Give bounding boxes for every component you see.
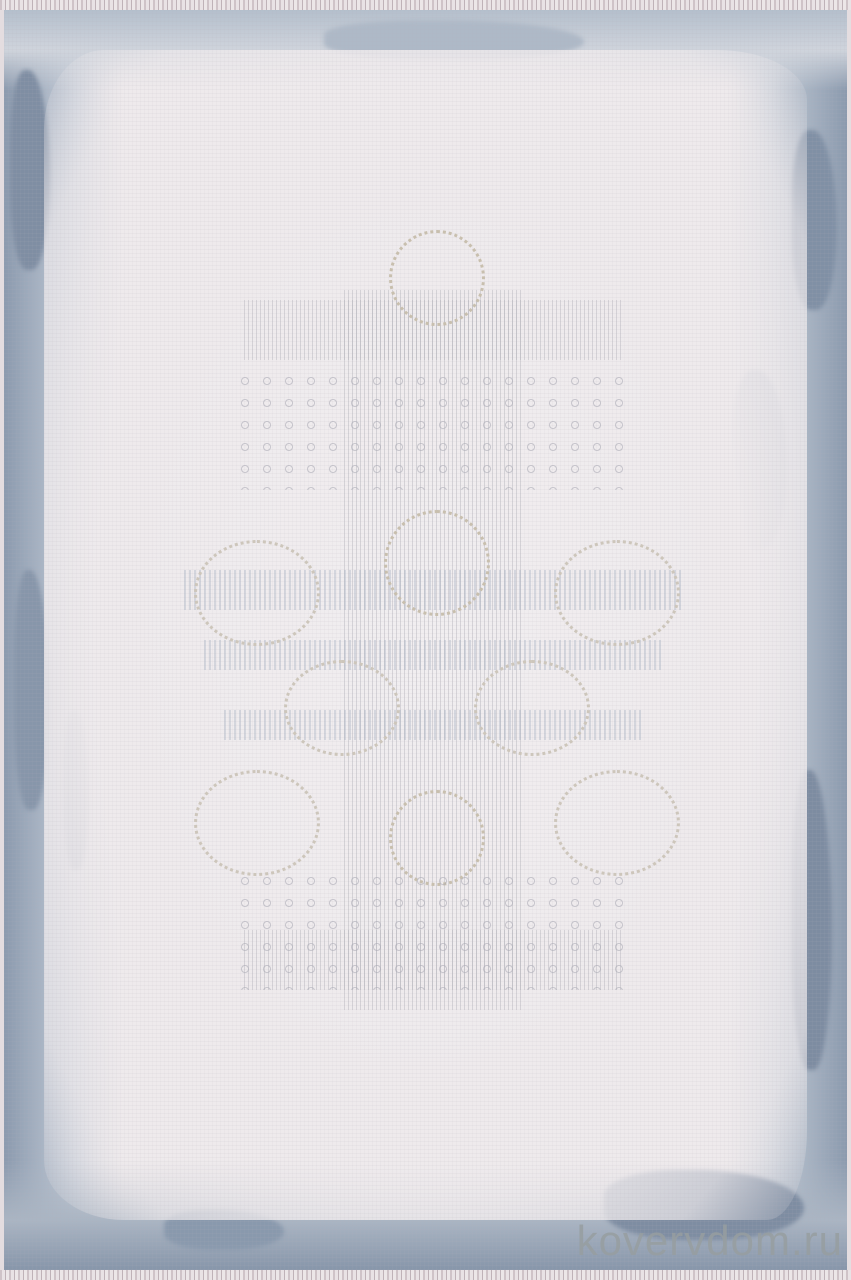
rug bbox=[4, 10, 847, 1270]
watermark-text: kovervdom.ru bbox=[577, 1220, 843, 1262]
rug-fringe-top bbox=[0, 0, 851, 10]
central-medallion bbox=[184, 210, 684, 1090]
rug-fringe-bottom bbox=[0, 1270, 851, 1280]
